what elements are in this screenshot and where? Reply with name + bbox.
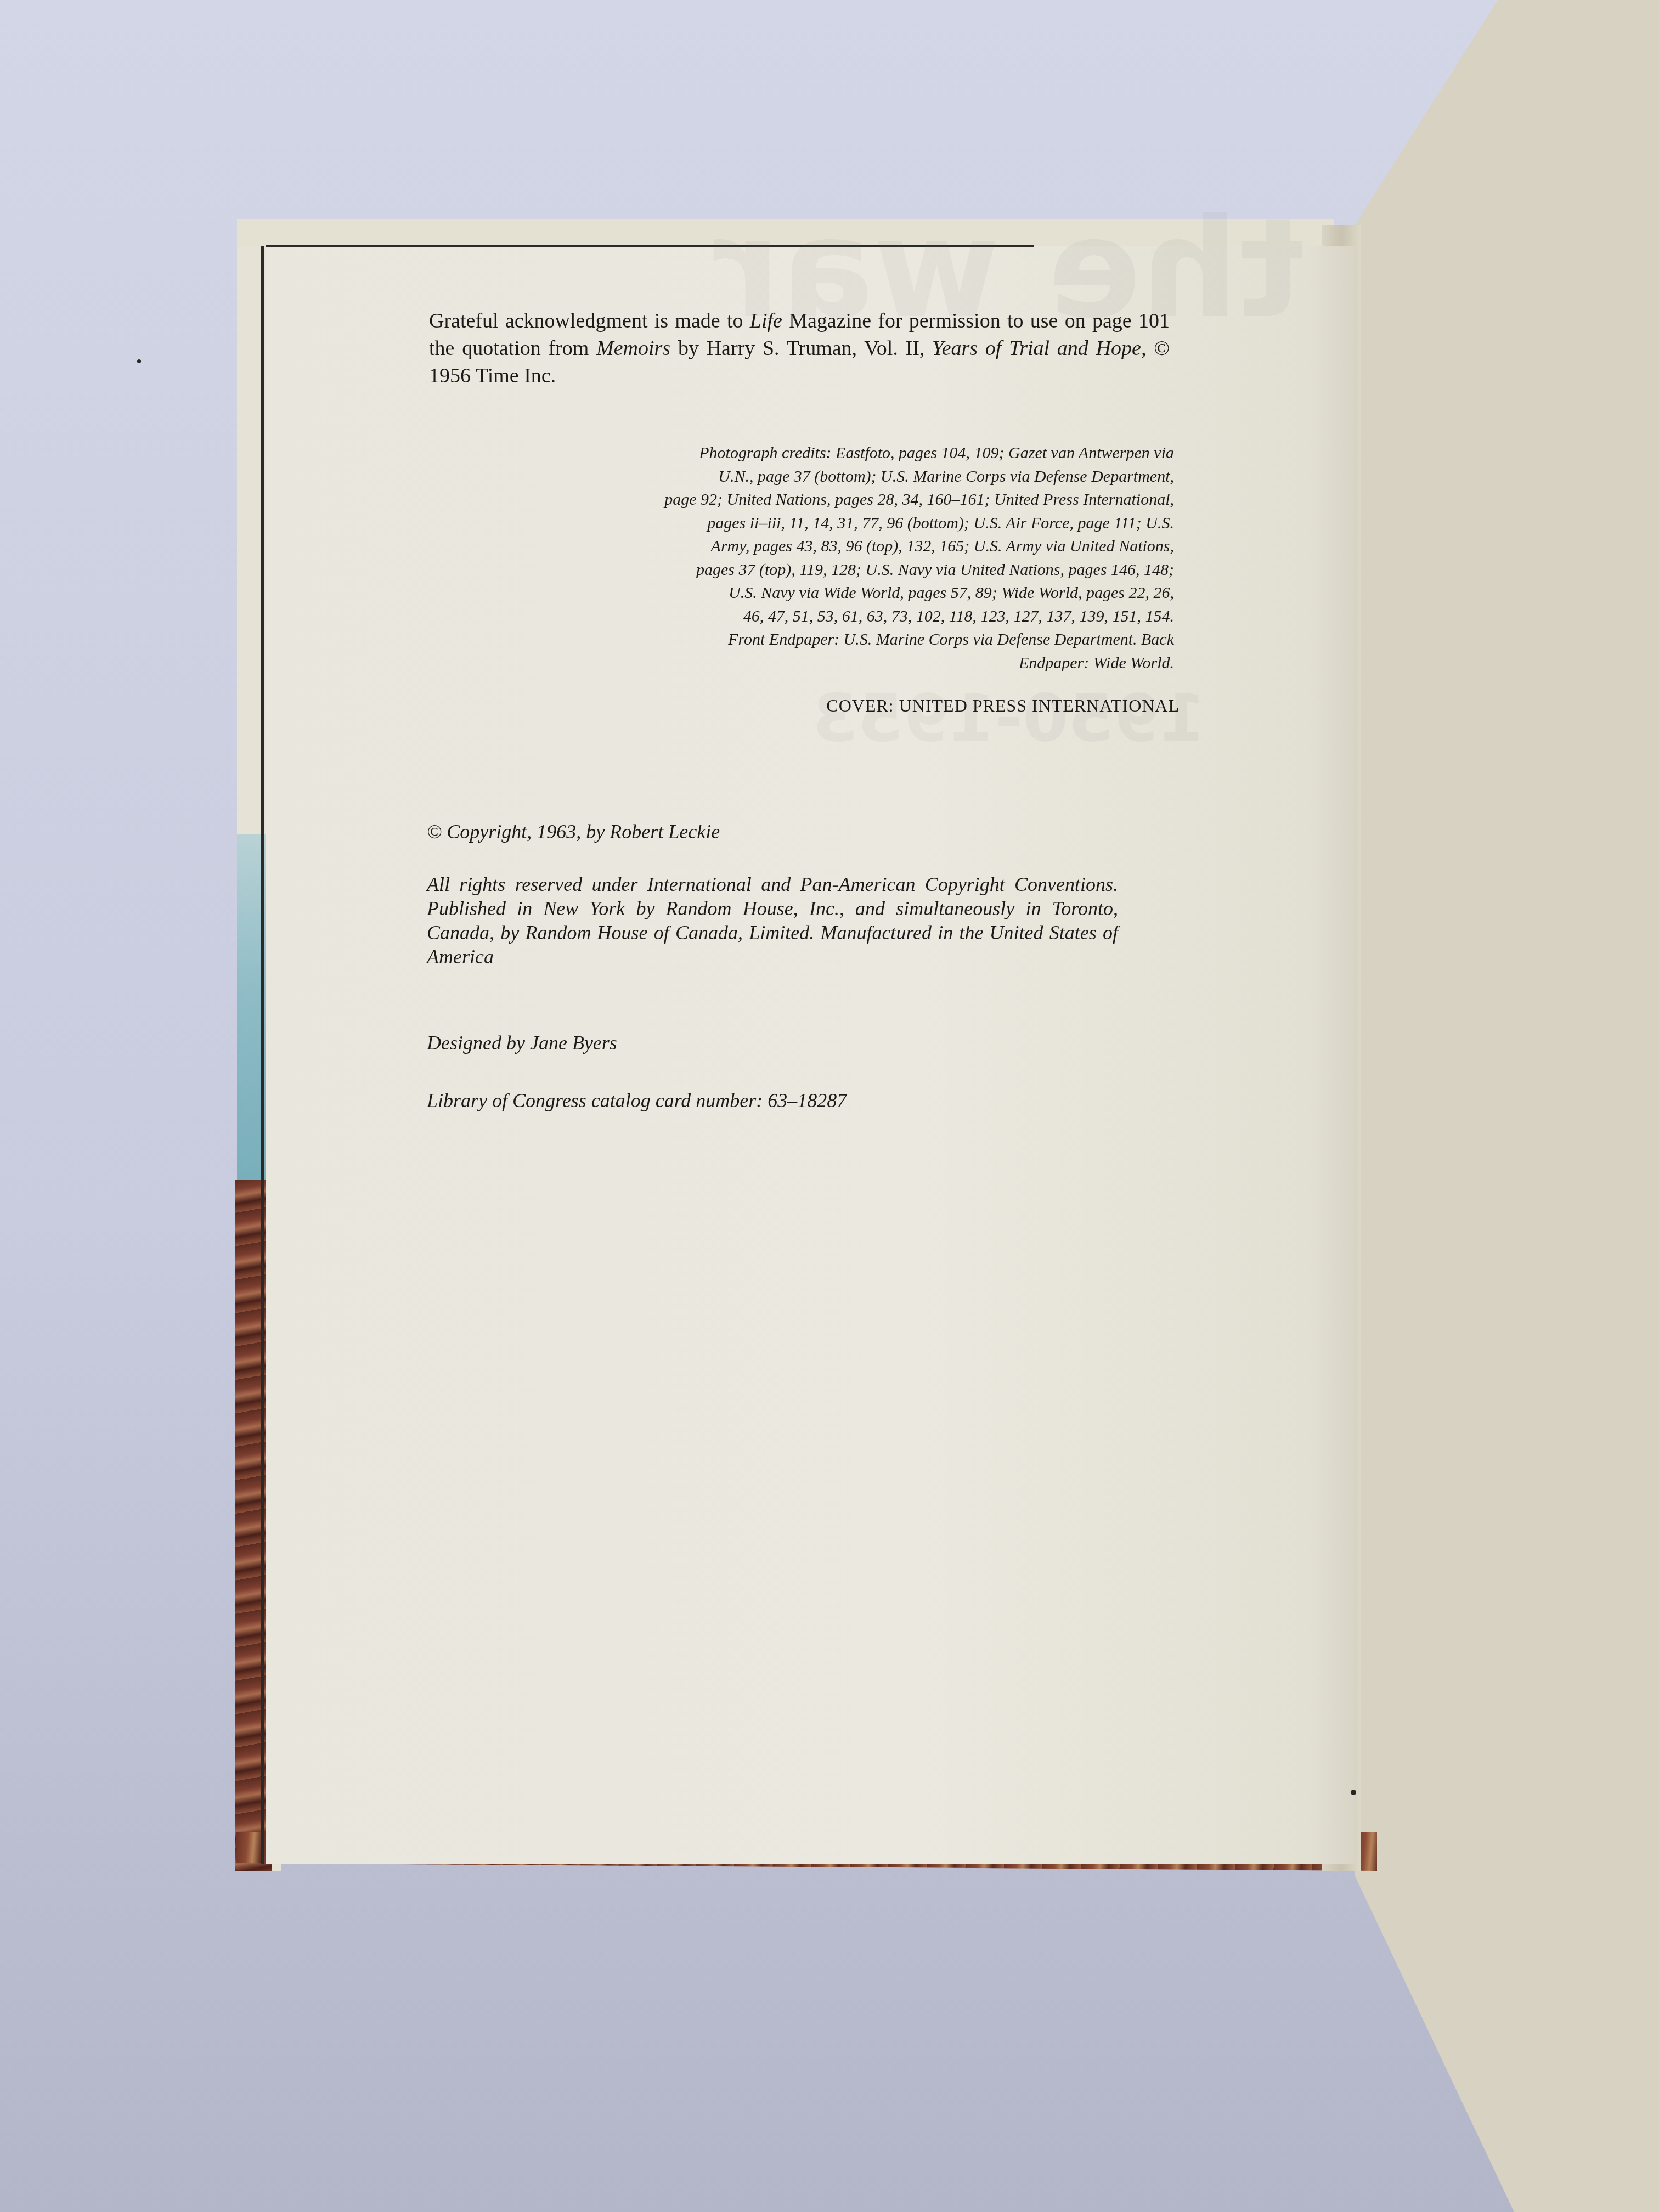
page-edge-shadow [261, 246, 264, 1864]
copyright-notice: © Copyright, 1963, by Robert Leckie [427, 820, 1140, 843]
lccn-number: Library of Congress catalog card number:… [427, 1089, 1030, 1112]
magazine-name: Life [750, 309, 782, 332]
cover-credit: COVER: UNITED PRESS INTERNATIONAL [757, 696, 1180, 716]
paper-spot [1351, 1790, 1356, 1795]
credit-line: pages ii–iii, 11, 14, 31, 77, 96 (bottom… [592, 512, 1174, 535]
credit-line: Army, pages 43, 83, 96 (top), 132, 165; … [592, 535, 1174, 558]
photograph-credits: Photograph credits: Eastfoto, pages 104,… [592, 442, 1174, 675]
show-through-years: 1950-1953 [812, 680, 1206, 757]
table-speck [137, 359, 141, 363]
work-title: Memoirs [596, 337, 670, 360]
rights-statement: All rights reserved under International … [427, 872, 1118, 969]
designer-credit: Designed by Jane Byers [427, 1031, 866, 1054]
acknowledgment-paragraph: Grateful acknowledgment is made to Life … [429, 307, 1170, 390]
credit-line: U.S. Navy via Wide World, pages 57, 89; … [592, 582, 1174, 605]
volume-title: Years of Trial and Hope, [932, 337, 1146, 360]
credit-line: U.N., page 37 (bottom); U.S. Marine Corp… [592, 465, 1174, 489]
credit-line: Endpaper: Wide World. [592, 652, 1174, 675]
ack-text: Grateful acknowledgment is made to [429, 309, 750, 332]
credit-line: Photograph credits: Eastfoto, pages 104,… [592, 442, 1174, 465]
right-page [1355, 0, 1659, 2212]
credit-line: 46, 47, 51, 53, 61, 63, 73, 102, 118, 12… [592, 605, 1174, 629]
credit-line: Front Endpaper: U.S. Marine Corps via De… [592, 628, 1174, 652]
ack-text: by Harry S. Truman, Vol. II, [670, 337, 932, 360]
credit-line: page 92; United Nations, pages 28, 34, 1… [592, 488, 1174, 512]
credit-line: pages 37 (top), 119, 128; U.S. Navy via … [592, 558, 1174, 582]
